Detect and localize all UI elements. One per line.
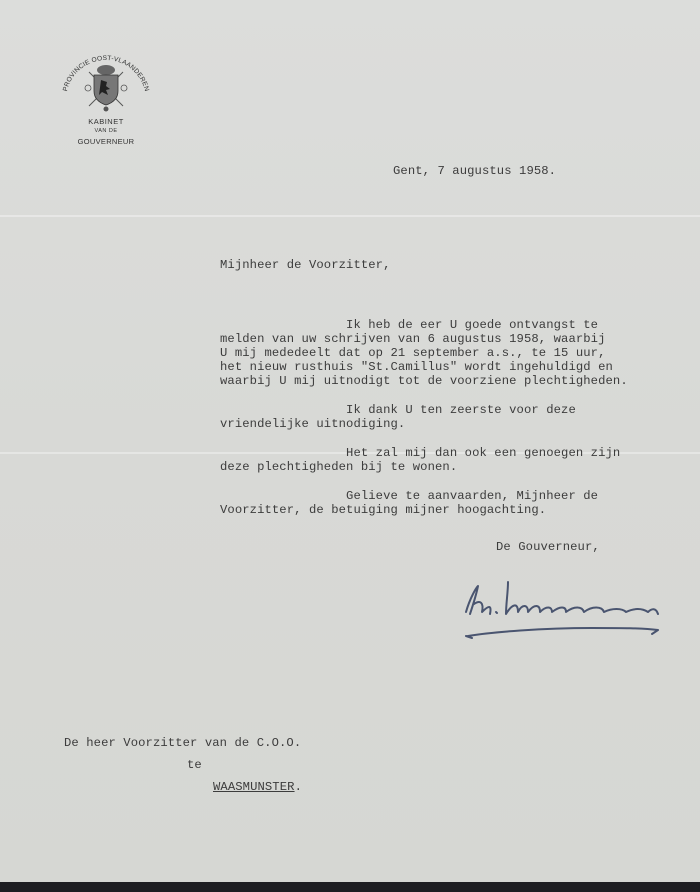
date-line: Gent, 7 augustus 1958.	[393, 164, 556, 178]
text-line: Ik dank U ten zeerste voor deze	[220, 403, 576, 417]
text-line: waarbij U mij uitnodigt tot de voorziene…	[220, 374, 628, 388]
paper-fold	[0, 215, 700, 217]
scan-edge	[0, 882, 700, 892]
text-line: het nieuw rusthuis "St.Camillus" wordt i…	[220, 360, 613, 374]
addressee-te: te	[187, 758, 202, 772]
letterhead-kabinet: KABINET	[56, 117, 156, 126]
text-line: Ik heb de eer U goede ontvangst te	[220, 318, 598, 332]
letter-page: PROVINCIE OOST-VLAANDEREN KABINET VAN DE…	[0, 0, 700, 882]
text-line: Gelieve te aanvaarden, Mijnheer de	[220, 489, 598, 503]
letterhead-gouverneur: GOUVERNEUR	[56, 137, 156, 146]
text-line: melden van uw schrijven van 6 augustus 1…	[220, 332, 606, 346]
text-line: vriendelijke uitnodiging.	[220, 417, 405, 431]
addressee-city-name: WAASMUNSTER	[213, 780, 295, 794]
letterhead: PROVINCIE OOST-VLAANDEREN KABINET VAN DE…	[56, 42, 156, 152]
closing: De Gouverneur,	[496, 540, 600, 554]
addressee-city: WAASMUNSTER.	[213, 780, 302, 794]
coat-of-arms-icon: PROVINCIE OOST-VLAANDEREN	[56, 42, 156, 117]
addressee-city-suffix: .	[295, 780, 302, 794]
text-line: Het zal mij dan ook een genoegen zijn	[220, 446, 620, 460]
signature-icon	[462, 578, 667, 648]
text-line: Voorzitter, de betuiging mijner hoogacht…	[220, 503, 546, 517]
salutation: Mijnheer de Voorzitter,	[220, 258, 391, 272]
text-line: deze plechtigheden bij te wonen.	[220, 460, 457, 474]
text-line: U mij mededeelt dat op 21 september a.s.…	[220, 346, 606, 360]
addressee-line: De heer Voorzitter van de C.O.O.	[64, 736, 301, 750]
letterhead-van-de: VAN DE	[56, 128, 156, 134]
